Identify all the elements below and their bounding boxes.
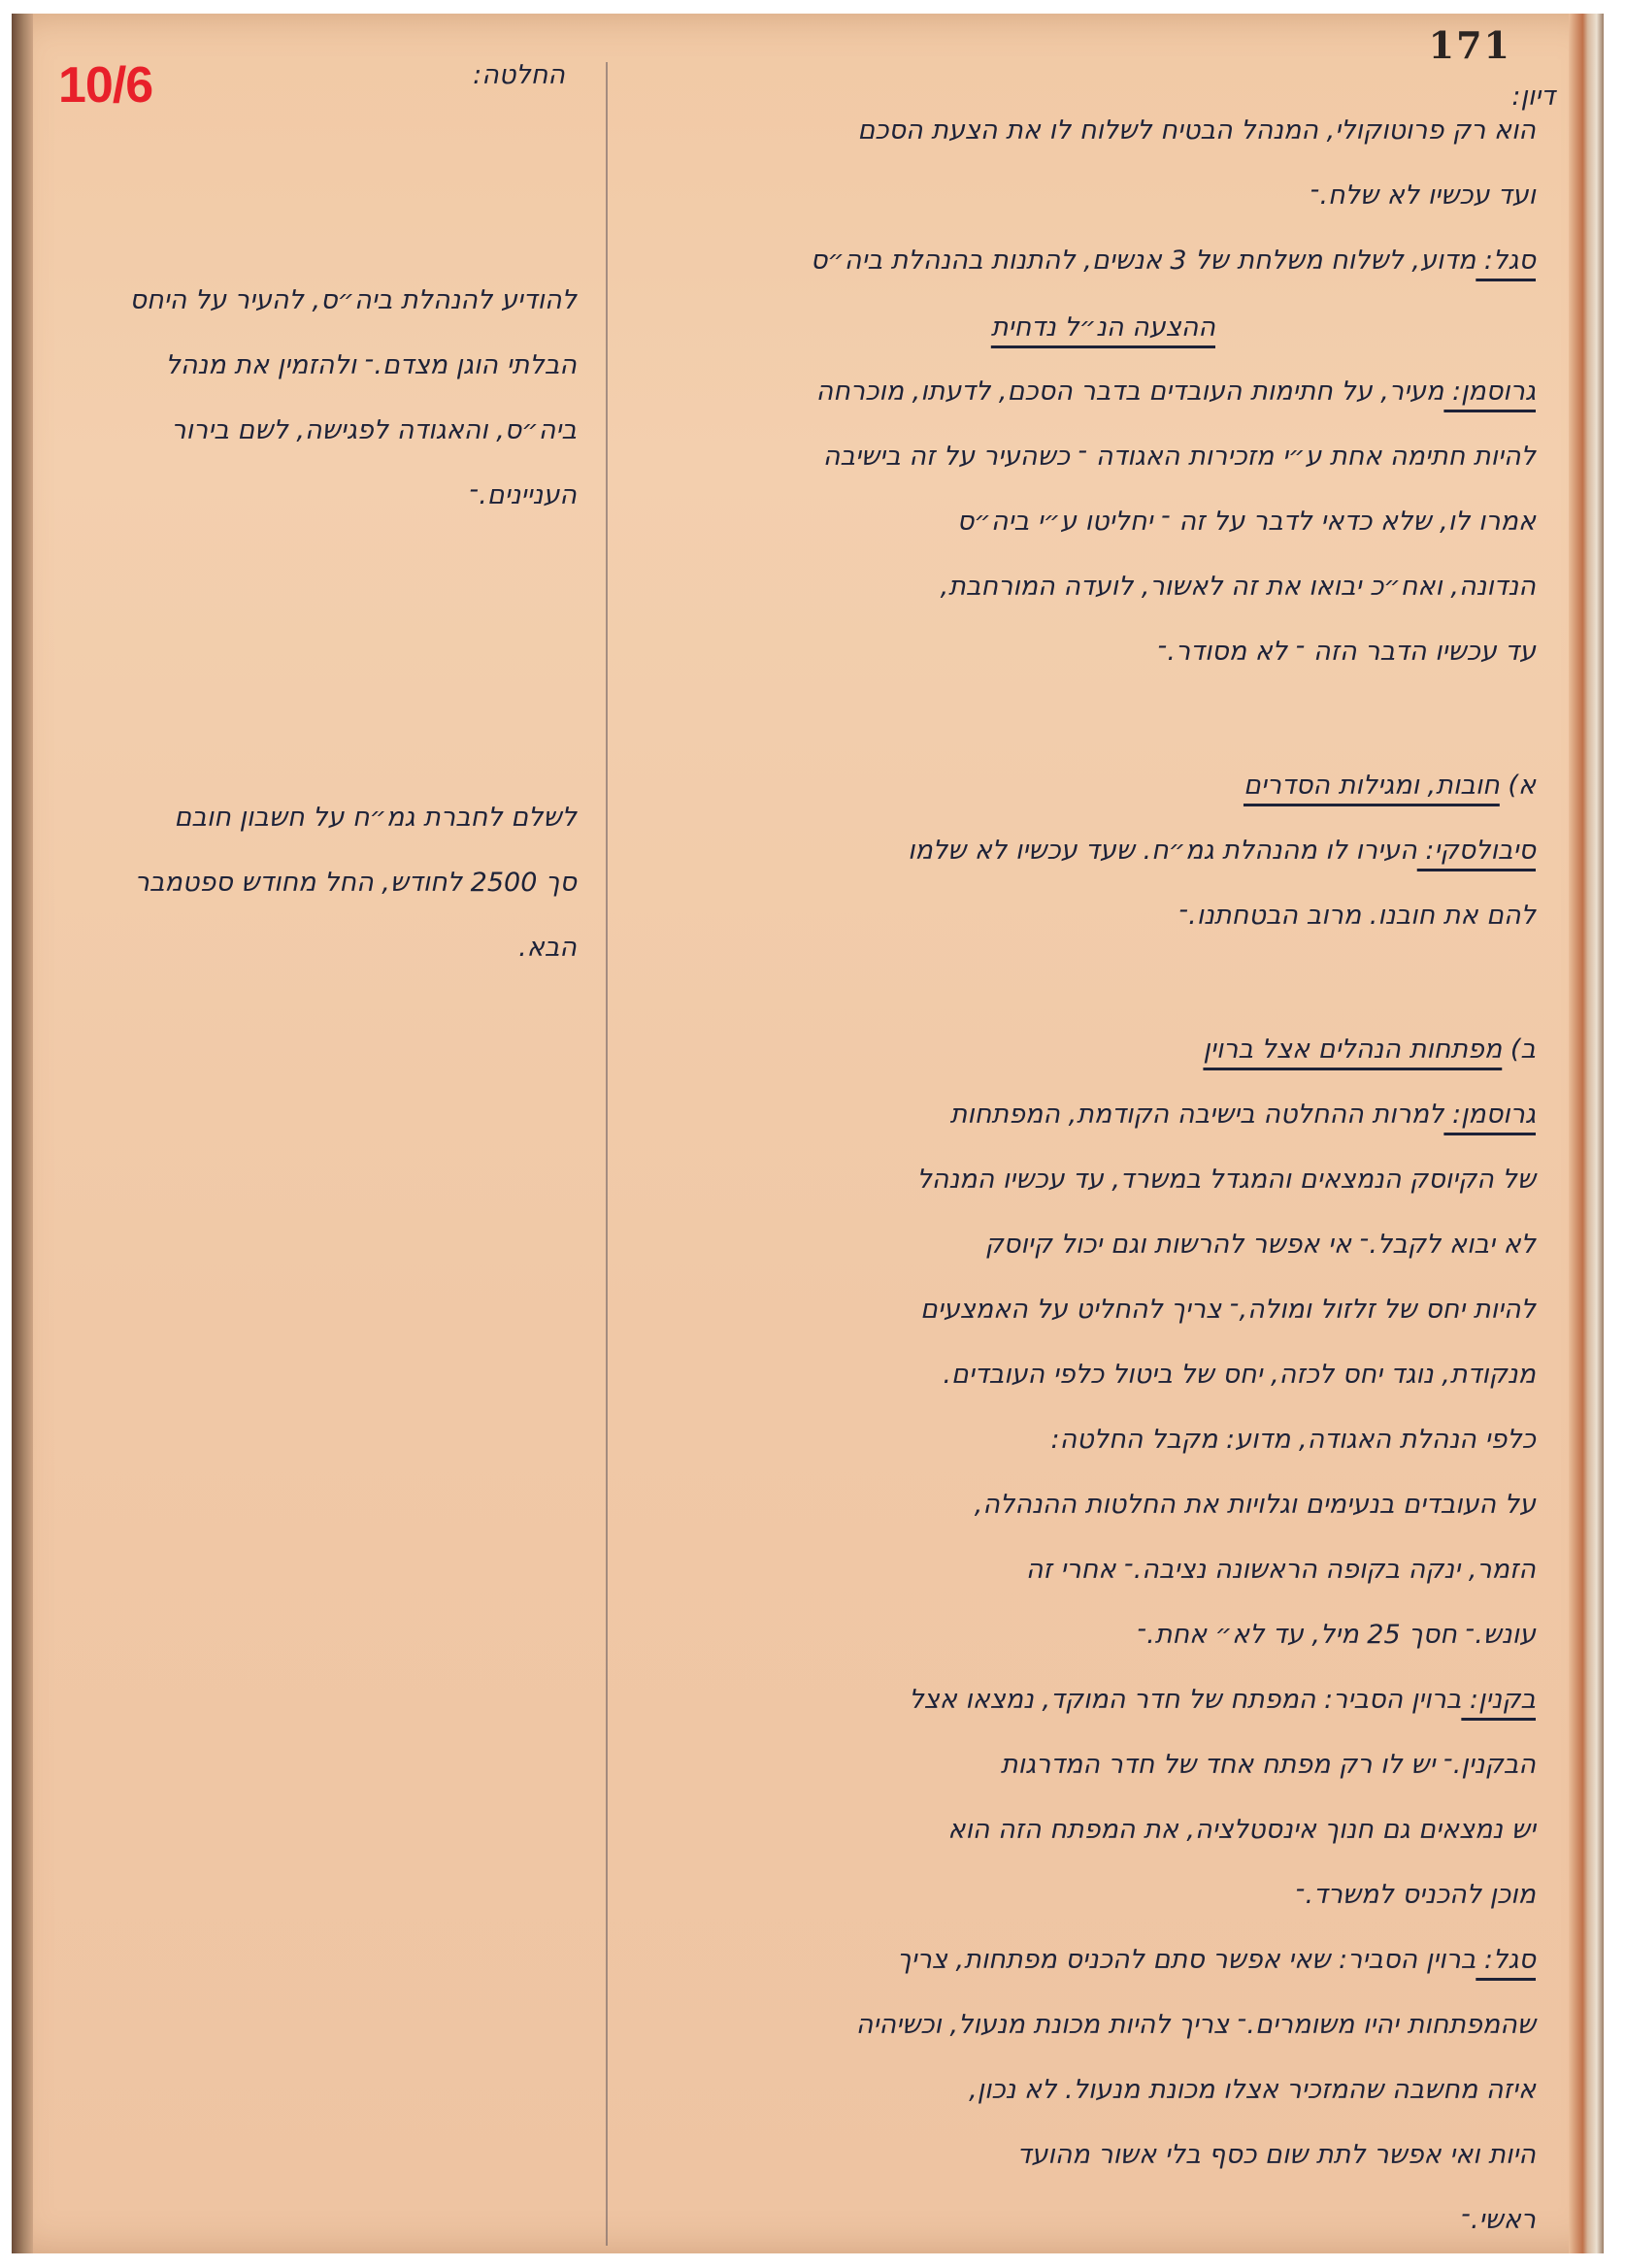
handwritten-text: הנדונה, ואח״כ יבואו את זה לאשור, לועדה ה… xyxy=(941,572,1536,602)
handwritten-text: לשלם לחברת גמ״ח על חשבון חובם xyxy=(174,803,577,833)
handwritten-text: העירו לו מהנהלת גמ״ח. שעד עכשיו לא שלמו xyxy=(908,836,1417,866)
handwritten-text: הזמר, ינקה בקופה הראשונה נציבה.־ אחרי זה xyxy=(1026,1555,1536,1585)
handwritten-text: של הקיוסק הנמצאים והמגדל במשרד, עד עכשיו… xyxy=(916,1165,1536,1195)
discussion-line: היות ואי אפשר לתת שום כסף בלי אשור מהועד xyxy=(1017,2136,1536,2175)
handwritten-text: ברוין הסביר: שאי אפשר סתם להכניס מפתחות,… xyxy=(897,1945,1476,1975)
date-stamp: 10/6 xyxy=(58,56,152,115)
decision-line: הבא. xyxy=(518,929,577,968)
discussion-line: אמרו לו, שלא כדאי לדבר על זה ־ יחליטו ע״… xyxy=(957,503,1536,542)
discussion-line: סיבולסקי: העירו לו מהנהלת גמ״ח. שעד עכשי… xyxy=(908,832,1536,871)
decision-line: ביה״ס, והאגודה לפגישה, לשם בירור xyxy=(171,411,577,450)
discussion-line: איזה מחשבה שהמזכיר אצלו מכונת מנעול. לא … xyxy=(969,2071,1536,2110)
discussion-line: הזמר, ינקה בקופה הראשונה נציבה.־ אחרי זה xyxy=(1026,1551,1536,1590)
handwritten-text: עד עכשיו הדבר הזה ־ לא מסודר.־ xyxy=(1158,637,1536,667)
discussion-line: סגל: מדוע, לשלוח משלחת של 3 אנשים, להתנו… xyxy=(811,242,1536,280)
decision-line: סך 2500 לחודש, החל מחודש ספטמבר xyxy=(135,864,577,903)
speaker-label: סגל: xyxy=(1476,246,1536,276)
handwritten-text: מעיר, על חתימות העובדים בדבר הסכם, לדעתו… xyxy=(816,377,1444,407)
right-column-header: דיון: xyxy=(1511,78,1555,116)
discussion-line: יש נמצאים גם חנוך אינסטלציה, את המפתח הז… xyxy=(947,1811,1536,1850)
handwritten-text: העניינים.־ xyxy=(469,480,577,510)
handwritten-text: ברוין הסביר: המפתח של חדר המוקד, נמצאו א… xyxy=(909,1685,1461,1715)
discussion-line: מוכן להכניס למשרד.־ xyxy=(1296,1876,1536,1915)
handwritten-text: סך 2500 לחודש, החל מחודש ספטמבר xyxy=(135,868,577,898)
handwritten-text: להיות חתימה אחת ע״י מזכירות האגודה ־ כשה… xyxy=(823,442,1536,472)
scanned-page: 10/6 171 החלטה: דיון: הוא רק פרוטוקולי, … xyxy=(12,14,1604,2253)
discussion-line: מנקודת, נוגד יחס לכזה, יחס של ביטול כלפי… xyxy=(943,1356,1536,1395)
discussion-line: הנדונה, ואח״כ יבואו את זה לאשור, לועדה ה… xyxy=(941,568,1536,607)
discussion-line: ראשי.־ xyxy=(1461,2201,1536,2240)
discussion-line: של הקיוסק הנמצאים והמגדל במשרד, עד עכשיו… xyxy=(916,1161,1536,1200)
handwritten-text: הבקנין.־ יש לו רק מפתח אחד של חדר המדרגו… xyxy=(1001,1750,1536,1780)
discussion-line: להיות חתימה אחת ע״י מזכירות האגודה ־ כשה… xyxy=(823,438,1536,477)
discussion-line: עד עכשיו הדבר הזה ־ לא מסודר.־ xyxy=(1158,633,1536,672)
handwritten-text: להם את חובנו. מרוב הבטחתנו.־ xyxy=(1178,901,1536,931)
discussion-line: ועד עכשיו לא שלח.־ xyxy=(1310,177,1536,215)
discussion-line: א) חובות, ומגילות הסדרים xyxy=(1244,767,1536,805)
handwritten-text: עונש.־ חסך 25 מיל, עד לא״ אחת.־ xyxy=(1137,1620,1536,1650)
handwritten-text: מנקודת, נוגד יחס לכזה, יחס של ביטול כלפי… xyxy=(943,1360,1536,1390)
discussion-line: הבקנין.־ יש לו רק מפתח אחד של חדר המדרגו… xyxy=(1001,1746,1536,1785)
handwritten-text: שהמפתחות יהיו משומרים.־ צריך להיות מכונת… xyxy=(856,2010,1536,2040)
handwritten-text: אמרו לו, שלא כדאי לדבר על זה ־ יחליטו ע״… xyxy=(957,507,1536,537)
page-right-edge xyxy=(1569,14,1604,2253)
decision-line: הבלתי הוגן מצדם.־ ולהזמין את מנהל xyxy=(166,346,577,385)
speaker-label: סיבולסקי: xyxy=(1417,836,1536,866)
handwritten-text: להודיע להנהלת ביה״ס, להעיר על היחס xyxy=(129,285,577,315)
handwritten-text: הוא רק פרוטוקולי, המנהל הבטיח לשלוח לו א… xyxy=(857,115,1536,146)
handwritten-text: הבא. xyxy=(518,933,577,963)
discussion-line: גרוסמן: מעיר, על חתימות העובדים בדבר הסכ… xyxy=(816,373,1536,411)
discussion-line: על העובדים בנעימים וגלויות את החלטות ההנ… xyxy=(975,1486,1536,1525)
handwritten-text: ועד עכשיו לא שלח.־ xyxy=(1310,181,1536,211)
discussion-line: ב) מפתחות הנהלים אצל ברוין xyxy=(1203,1031,1536,1069)
speaker-label: בקנין: xyxy=(1461,1685,1536,1715)
decision-line: העניינים.־ xyxy=(469,477,577,515)
discussion-line: גרוסמן: למרות ההחלטה בישיבה הקודמת, המפת… xyxy=(950,1096,1536,1134)
left-column-header: החלטה: xyxy=(473,56,565,95)
discussion-line: שהמפתחות יהיו משומרים.־ צריך להיות מכונת… xyxy=(856,2006,1536,2045)
section-marker: ב) xyxy=(1502,1035,1536,1065)
discussion-line: ההצעה הנ״ל נדחית xyxy=(991,309,1215,347)
discussion-line: כלפי הנהלת האגודה, מדוע: מקבל החלטה: xyxy=(1051,1421,1537,1460)
agenda-heading: ההצעה הנ״ל נדחית xyxy=(991,312,1215,343)
handwritten-text: היות ואי אפשר לתת שום כסף בלי אשור מהועד xyxy=(1017,2140,1536,2170)
page-number: 171 xyxy=(1429,23,1511,67)
handwritten-text: הבלתי הוגן מצדם.־ ולהזמין את מנהל xyxy=(166,350,577,380)
discussion-line: הוא רק פרוטוקולי, המנהל הבטיח לשלוח לו א… xyxy=(857,112,1536,150)
speaker-label: סגל: xyxy=(1476,1945,1536,1975)
handwritten-text: כלפי הנהלת האגודה, מדוע: מקבל החלטה: xyxy=(1051,1425,1537,1455)
handwritten-text: ביה״ס, והאגודה לפגישה, לשם בירור xyxy=(171,415,577,445)
decision-line: להודיע להנהלת ביה״ס, להעיר על היחס xyxy=(129,281,577,320)
handwritten-text: מדוע, לשלוח משלחת של 3 אנשים, להתנות בהנ… xyxy=(811,246,1476,276)
handwritten-text: יש נמצאים גם חנוך אינסטלציה, את המפתח הז… xyxy=(947,1815,1536,1845)
speaker-label: גרוסמן: xyxy=(1443,1100,1536,1130)
discussion-line: להם את חובנו. מרוב הבטחתנו.־ xyxy=(1178,897,1536,936)
discussion-line: עונש.־ חסך 25 מיל, עד לא״ אחת.־ xyxy=(1137,1616,1536,1655)
page-binding-edge xyxy=(12,14,33,2253)
handwritten-text: על העובדים בנעימים וגלויות את החלטות ההנ… xyxy=(975,1490,1536,1520)
speaker-label: גרוסמן: xyxy=(1443,377,1536,407)
discussion-line: סגל: ברוין הסביר: שאי אפשר סתם להכניס מפ… xyxy=(897,1941,1536,1980)
handwritten-text: מוכן להכניס למשרד.־ xyxy=(1296,1880,1536,1910)
discussion-line: להיות יחס של זלזול ומולה,־ צריך להחליט ע… xyxy=(920,1291,1536,1330)
discussion-line: בקנין: ברוין הסביר: המפתח של חדר המוקד, … xyxy=(909,1681,1536,1720)
agenda-heading: חובות, ומגילות הסדרים xyxy=(1244,771,1500,801)
handwritten-text: לא יבוא לקבל.־ אי אפשר להרשות וגם יכול ק… xyxy=(985,1230,1536,1260)
handwritten-text: איזה מחשבה שהמזכיר אצלו מכונת מנעול. לא … xyxy=(969,2075,1536,2105)
agenda-heading: מפתחות הנהלים אצל ברוין xyxy=(1203,1035,1502,1065)
handwritten-text: להיות יחס של זלזול ומולה,־ צריך להחליט ע… xyxy=(920,1295,1536,1325)
column-divider xyxy=(606,62,608,2246)
discussion-line: לא יבוא לקבל.־ אי אפשר להרשות וגם יכול ק… xyxy=(985,1226,1536,1265)
decision-line: לשלם לחברת גמ״ח על חשבון חובם xyxy=(174,799,577,838)
section-marker: א) xyxy=(1500,771,1536,801)
handwritten-text: ראשי.־ xyxy=(1461,2205,1536,2235)
handwritten-text: למרות ההחלטה בישיבה הקודמת, המפתחות xyxy=(950,1100,1444,1130)
